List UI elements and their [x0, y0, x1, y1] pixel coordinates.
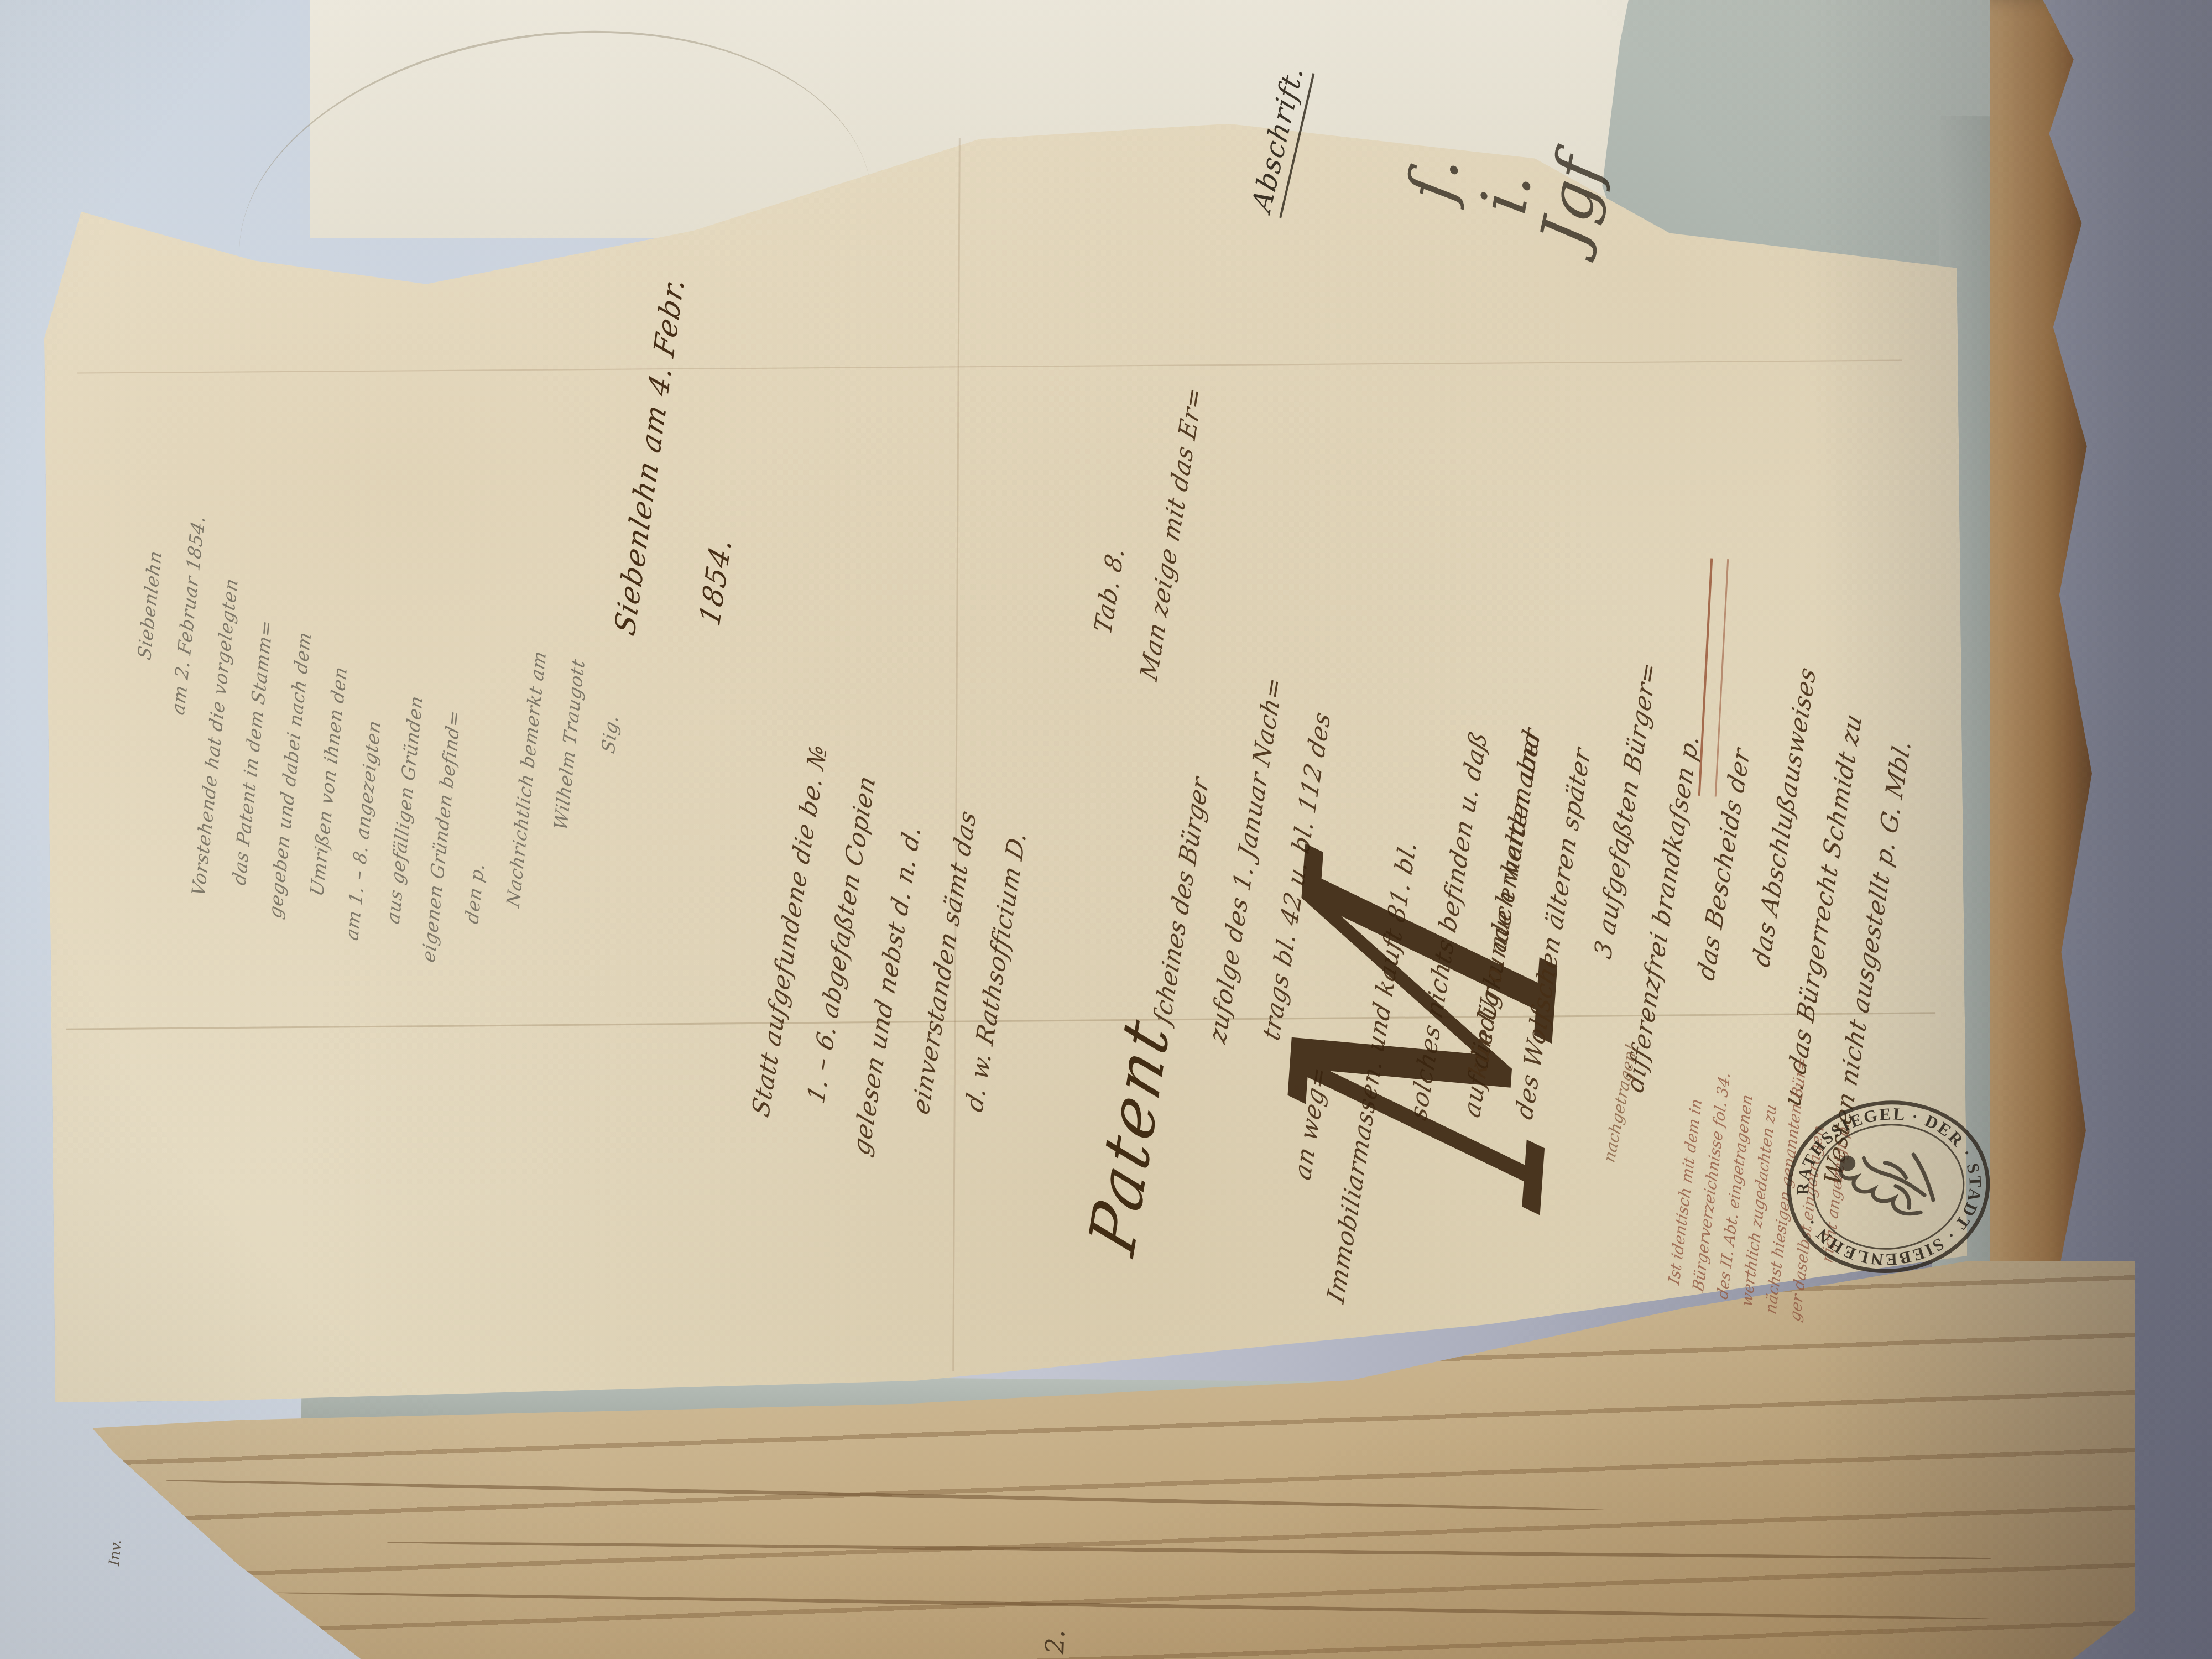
edge-ink-mark: Inv.: [106, 1510, 139, 1565]
edge-ink-text: Inv.: [106, 1539, 125, 1566]
page-number-text: 2.: [1040, 1629, 1070, 1655]
margin-note: nachgetragen!: [1600, 1004, 1639, 1159]
photo-archive-book: ſ. i. Jgf Abschrift. Siebenlehnam 2. Feb…: [0, 0, 2212, 1659]
prev-page-flourish: ſ. i.: [1394, 6, 1482, 194]
prev-page-flourish: Jgf: [1526, 0, 1637, 238]
seal-ring-text: RATHSSIEGEL · DER · STADT · SIEBENLEHN ·: [1785, 1094, 1994, 1279]
margin-note-text: nachgetragen!: [1600, 1041, 1641, 1165]
right-text-block: kündig o. auch werden unddes Wolfschen ä…: [1449, 260, 1886, 1089]
copy-note: Abschrift.: [1246, 22, 1357, 205]
pencil-annotation-block: Siebenlehnam 2. Februar 1854.Vorstehende…: [102, 371, 633, 868]
copy-note-text: Abschrift.: [1246, 60, 1314, 218]
page-number-mark: 2.: [1040, 1571, 1089, 1653]
svg-text:RATHSSIEGEL · DER · STADT · SI: RATHSSIEGEL · DER · STADT · SIEBENLEHN ·: [1785, 1094, 1994, 1279]
lion-rampant-icon: [1839, 1147, 1934, 1220]
dateline-block: Siebenlehn am 4. Febr.1854.: [585, 382, 740, 619]
city-seal-stamp: RATHSSIEGEL · DER · STADT · SIEBENLEHN ·: [1770, 1080, 2007, 1292]
seal-svg: RATHSSIEGEL · DER · STADT · SIEBENLEHN ·: [1770, 1080, 2007, 1292]
monogram-flourish: M: [1217, 774, 1460, 1106]
prev-page-flourish-text: Jgf: [1526, 150, 1618, 253]
